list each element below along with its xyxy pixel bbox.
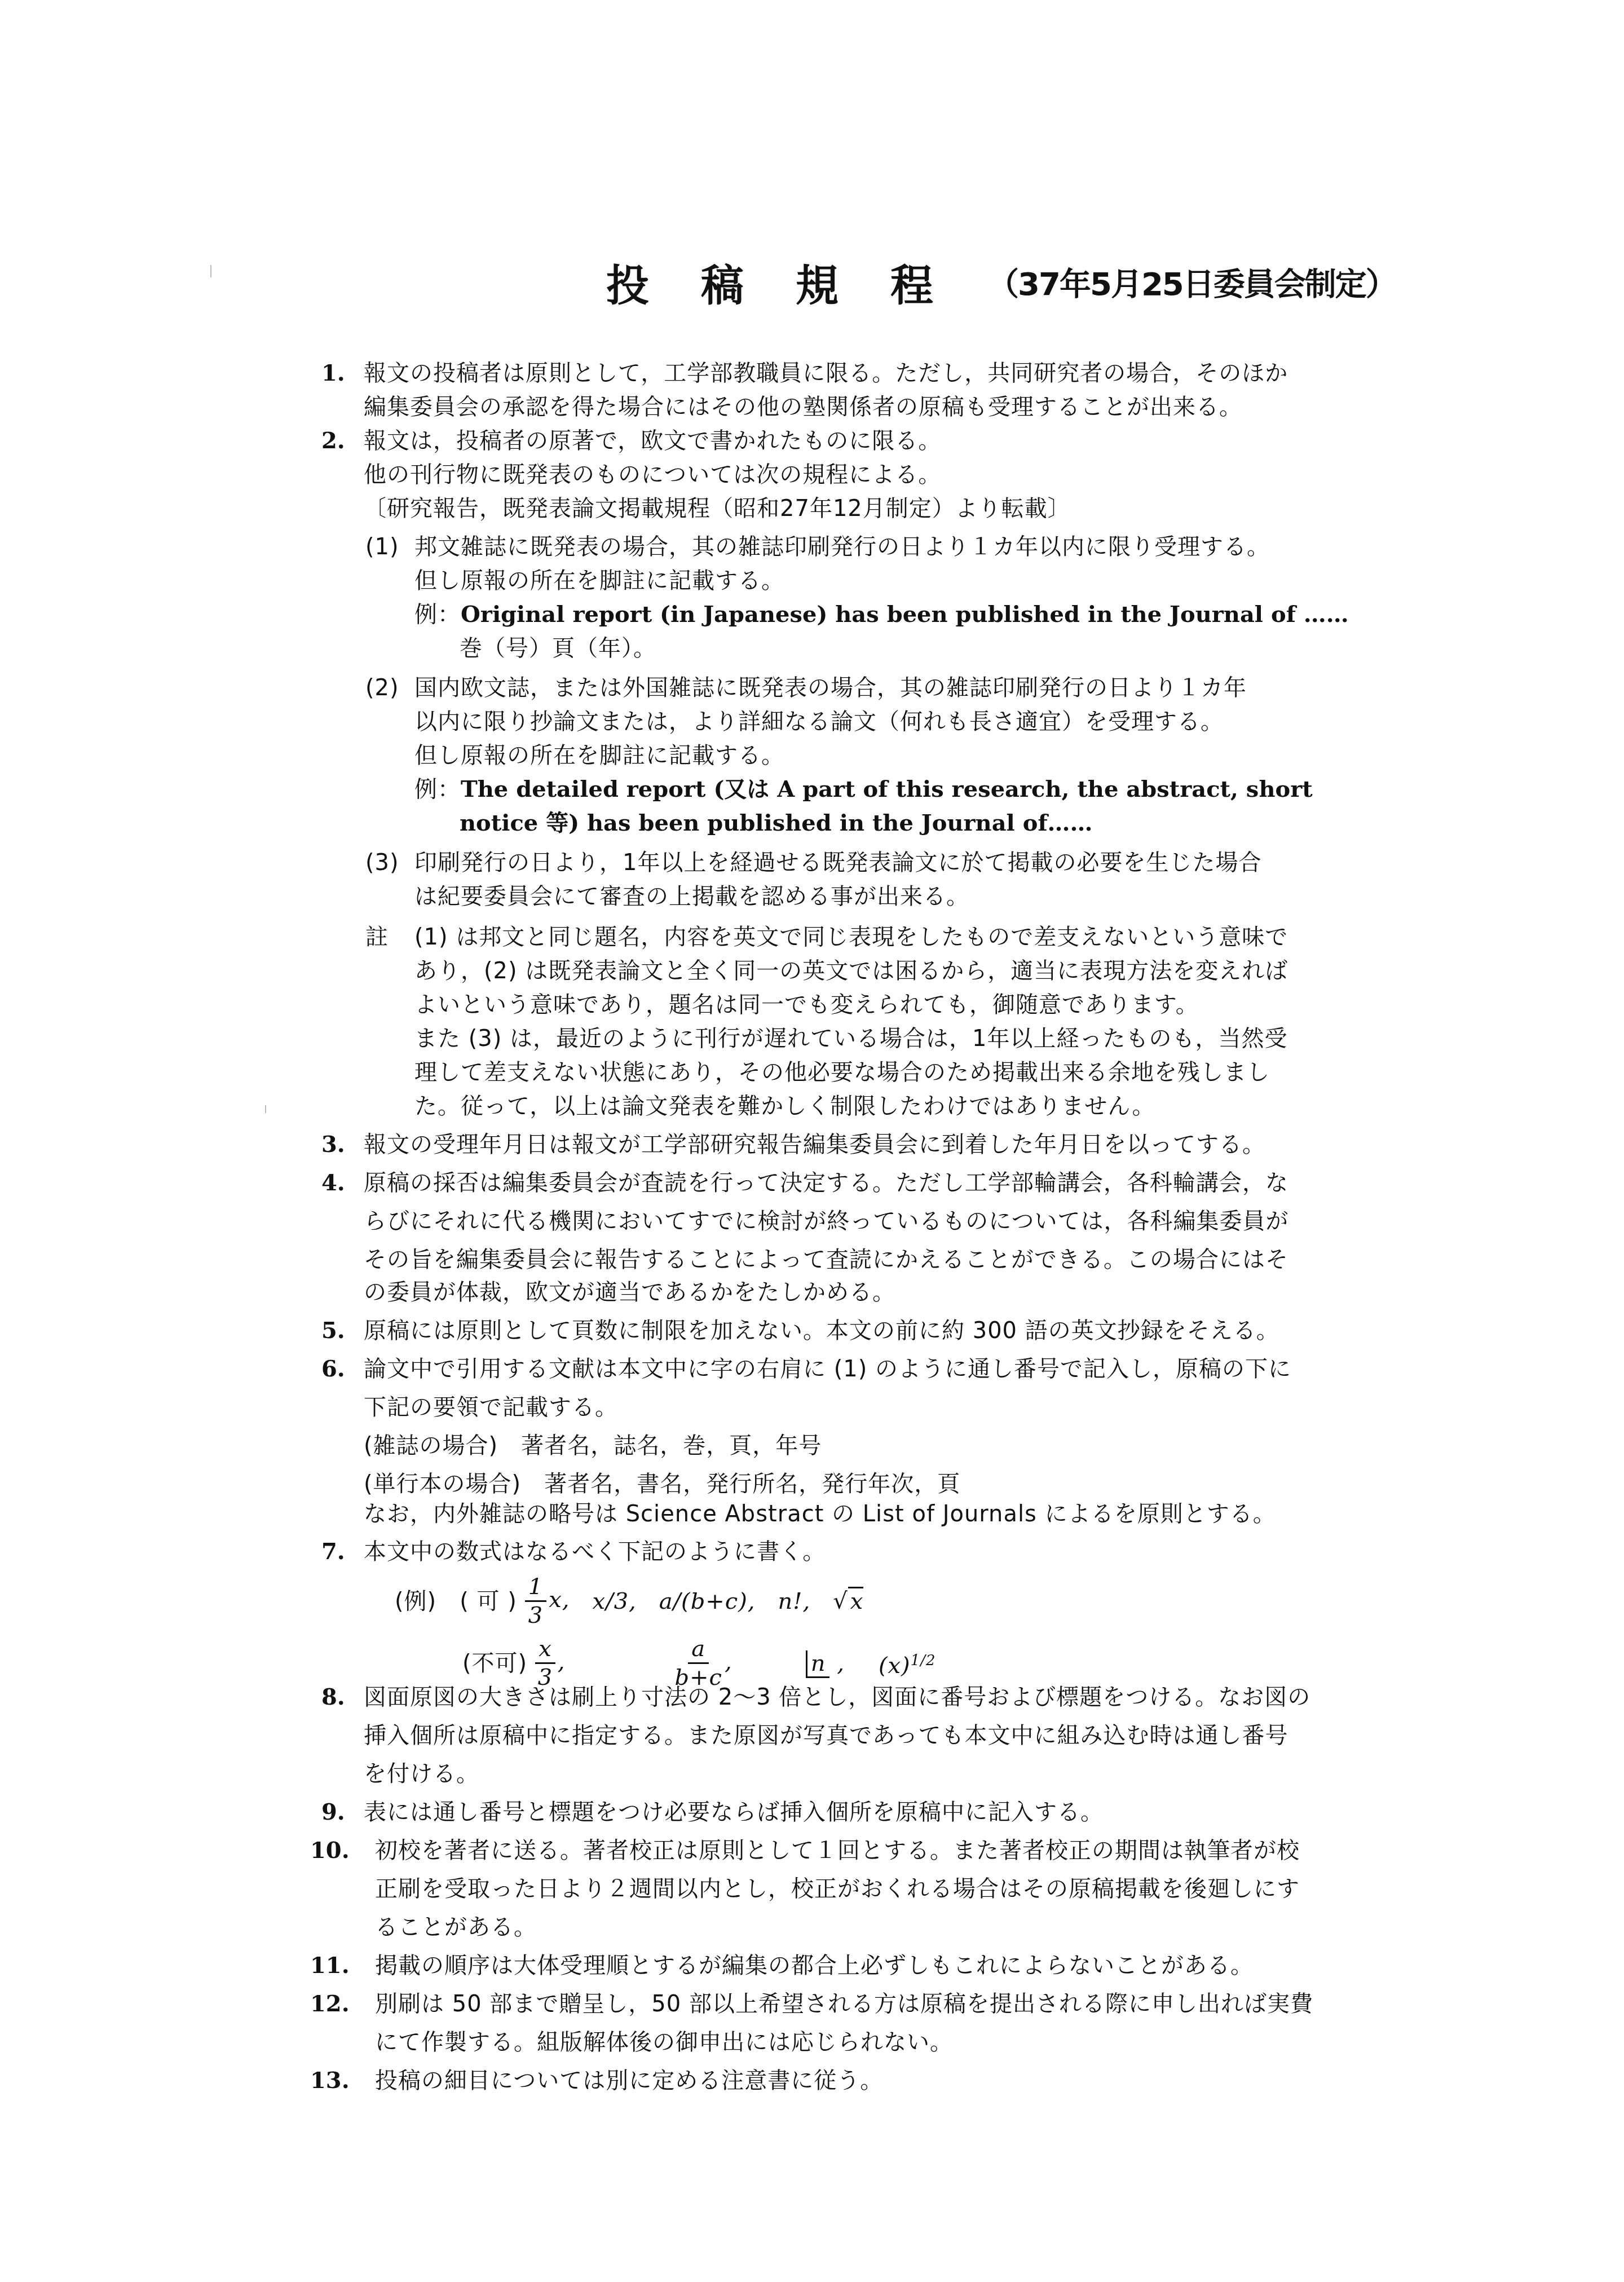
example-text: Original report (in Japanese) has been p… <box>461 601 1349 628</box>
item-number: 13. <box>310 2064 350 2098</box>
note-line: また (3) は，最近のように刊行が遅れている場合は，1年以上経ったものも，当然… <box>414 1022 1288 1056</box>
subitem-1-line: 邦文雑誌に既発表の場合，其の雑誌印刷発行の日より１カ年以内に限り受理する。 <box>414 530 1270 564</box>
subitem-2-line: 国内欧文誌，または外国雑誌に既発表の場合，其の雑誌印刷発行の日より１カ年 <box>414 671 1247 705</box>
note-line: (1) は邦文と同じ題名，内容を英文で同じ表現をしたもので差支えないという意味で <box>414 920 1288 954</box>
item-number: 11. <box>310 1949 350 1983</box>
scan-mark <box>210 265 211 277</box>
item-6-line: (雑誌の場合) 著者名，誌名，巻，頁，年号 <box>364 1429 822 1463</box>
math-ok-abc: a/(b+c), <box>659 1587 756 1616</box>
item-6-line: 下記の要領で記載する。 <box>364 1391 618 1424</box>
item-8-line: 図面原図の大きさは刷上り寸法の 2〜3 倍とし，図面に番号および標題をつける。な… <box>364 1680 1310 1714</box>
item-number: 5. <box>321 1314 345 1348</box>
title-main: 投稿規程 <box>606 251 985 313</box>
subitem-3-line: は紀要委員会にて審査の上掲載を認める事が出来る。 <box>414 880 969 913</box>
scan-mark <box>265 1105 266 1113</box>
item-10-line: 正刷を受取った日より２週間以内とし，校正がおくれる場合はその原稿掲載を後廻しにす <box>375 1872 1300 1906</box>
item-number: 12. <box>310 1987 350 2021</box>
item-6-line: (単行本の場合) 著者名，書名，発行所名，発行年次，頁 <box>364 1467 960 1501</box>
example-label: 例： <box>414 776 461 802</box>
item-number: 10. <box>310 1834 350 1868</box>
item-2-line: 報文は，投稿者の原著で，欧文で書かれたものに限る。 <box>364 424 941 458</box>
item-6-line: 論文中で引用する文献は本文中に字の右肩に (1) のように通し番号で記入し，原稿… <box>364 1352 1291 1386</box>
subitem-number: (1) <box>365 530 399 564</box>
item-10-line: ることがある。 <box>375 1910 537 1944</box>
example-line: notice 等) has been published in the Jour… <box>460 806 1093 840</box>
math-ok-row: (例) ( 可 ) 13x, x/3, a/(b+c), n!, √x <box>395 1573 863 1629</box>
subitem-3-line: 印刷発行の日より，1年以上を経過せる既発表論文に於て掲載の必要を生じた場合 <box>414 846 1261 880</box>
math-ok-factorial: n!, <box>778 1587 811 1616</box>
item-10-line: 初校を著者に送る。著者校正は原則として１回とする。また著者校正の期間は執筆者が校 <box>375 1834 1300 1868</box>
example-line: 例：The detailed report (又は A part of this… <box>414 773 1313 806</box>
item-1-line: 編集委員会の承認を得た場合にはその他の塾関係者の原稿も受理することが出来る。 <box>364 390 1242 424</box>
note-label: 註 <box>365 920 389 954</box>
subitem-2-line: 但し原報の所在を脚註に記載する。 <box>414 739 784 773</box>
item-13-line: 投稿の細目については別に定める注意書に従う。 <box>375 2064 883 2098</box>
item-number: 2. <box>321 424 345 458</box>
subitem-1-line: 但し原報の所在を脚註に記載する。 <box>414 564 784 598</box>
item-number: 8. <box>321 1680 345 1714</box>
item-1-line: 報文の投稿者は原則として，工学部教職員に限る。ただし，共同研究者の場合，そのほか <box>364 356 1288 390</box>
item-8-line: 挿入個所は原稿中に指定する。また原図が写真であっても本文中に組み込む時は通し番号 <box>364 1719 1288 1753</box>
note-line: 理して差支えない状態にあり，その他必要な場合のため掲載出来る余地を残しまし <box>414 1056 1270 1089</box>
item-5-line: 原稿には原則として頁数に制限を加えない。本文の前に約 300 語の英文抄録をそえ… <box>364 1314 1279 1348</box>
subitem-2-line: 以内に限り抄論文または，より詳細なる論文（何れも長さ適宜）を受理する。 <box>414 705 1224 739</box>
note-line: た。従って，以上は論文発表を難かしく制限したわけではありません。 <box>414 1089 1155 1123</box>
math-ng-factorial: n , <box>806 1649 845 1678</box>
item-4-line: その旨を編集委員会に報告することによって査読にかえることができる。この場合にはそ <box>364 1243 1288 1277</box>
math-ok-frac: 13x, <box>523 1573 570 1629</box>
item-8-line: を付ける。 <box>364 1757 479 1791</box>
example-line: 巻（号）頁（年）。 <box>460 632 656 665</box>
title-date: （37年5月25日委員会制定） <box>987 259 1396 304</box>
item-number: 7. <box>321 1535 345 1569</box>
item-2-line: 他の刊行物に既発表のものについては次の規程による。 <box>364 458 941 492</box>
document-page: 投稿規程 （37年5月25日委員会制定） 1. 報文の投稿者は原則として，工学部… <box>0 0 1624 2282</box>
item-4-line: らびにそれに代る機関においてすでに検討が終っているものについては，各科編集委員が <box>364 1204 1288 1238</box>
item-3-line: 報文の受理年月日は報文が工学部研究報告編集委員会に到着した年月日を以ってする。 <box>364 1128 1265 1162</box>
item-11-line: 掲載の順序は大体受理順とするが編集の都合上必ずしもこれによらないことがある。 <box>375 1949 1254 1983</box>
math-ok-slash: x/3, <box>593 1587 637 1616</box>
item-6-line: なお，内外雑誌の略号は Science Abstract の List of J… <box>364 1497 1276 1531</box>
subitem-number: (3) <box>365 846 399 880</box>
item-4-line: の委員が体裁，欧文が適当であるかをたしかめる。 <box>364 1275 895 1309</box>
item-7-line: 本文中の数式はなるべく下記のように書く。 <box>364 1535 826 1569</box>
math-ok-label: (例) ( 可 ) <box>395 1587 517 1616</box>
item-12-line: 別刷は 50 部まで贈呈し，50 部以上希望される方は原稿を提出される際に申し出… <box>375 1987 1313 2021</box>
example-line: 例：Original report (in Japanese) has been… <box>414 598 1349 632</box>
math-ng-power: (x)1/2 <box>879 1647 936 1680</box>
note-line: あり，(2) は既発表論文と全く同一の英文では困るから，適当に表現方法を変えれば <box>414 954 1288 988</box>
item-number: 3. <box>321 1128 345 1162</box>
subitem-number: (2) <box>365 671 399 705</box>
item-12-line: にて作製する。組版解体後の御申出には応じられない。 <box>375 2025 953 2059</box>
note-line: よいという意味であり，題名は同一でも変えられても，御随意であります。 <box>414 988 1199 1022</box>
example-label: 例： <box>414 602 461 628</box>
item-9-line: 表には通し番号と標題をつけ必要ならば挿入個所を原稿中に記入する。 <box>364 1795 1104 1829</box>
item-number: 9. <box>321 1795 345 1829</box>
item-number: 1. <box>321 356 345 390</box>
page-title: 投稿規程 （37年5月25日委員会制定） <box>606 251 1396 313</box>
math-ng-label: (不可) <box>462 1649 527 1678</box>
item-number: 6. <box>321 1352 345 1386</box>
math-ok-sqrt: √x <box>833 1587 863 1616</box>
example-text: The detailed report (又は A part of this r… <box>461 776 1313 802</box>
item-4-line: 原稿の採否は編集委員会が査読を行って決定する。ただし工学部輪講会，各科輪講会，な <box>364 1166 1288 1200</box>
item-2-line: 〔研究報告，既発表論文掲載規程（昭和27年12月制定）より転載〕 <box>364 492 1071 526</box>
item-number: 4. <box>321 1166 345 1200</box>
